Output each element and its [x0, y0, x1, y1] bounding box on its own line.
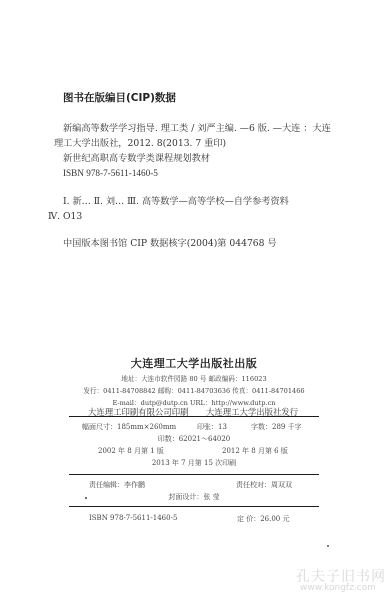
footer-isbn: ISBN 978-7-5611-1460-5: [89, 514, 177, 522]
speck: [85, 497, 87, 499]
cip-subjects-line2: Ⅳ. O13: [48, 209, 82, 224]
publisher-name: 大连理工大学出版社出版: [0, 355, 388, 371]
first-edition: 2002 年 8 月第 1 版: [98, 446, 164, 456]
cip-series: 新世纪高职高专数学类课程规划教材: [63, 151, 210, 166]
speck: [327, 545, 329, 547]
cover-designer: 封面设计：张 莹: [0, 492, 388, 502]
publisher-address: 地址：大连市软件园路 80 号 邮政编码：116023: [0, 373, 388, 383]
printing-count: 2013 年 7 月第 15 次印刷: [0, 458, 388, 468]
sixth-edition: 2012 年 8 月第 6 版: [222, 446, 288, 456]
price: 定 价：26.00 元: [237, 514, 290, 524]
publisher-phones: 发行：0411-84708842 邮购：0411-84703636 传真：041…: [0, 385, 388, 395]
word-count: 字数：289 千字: [251, 422, 302, 432]
cip-entry-line1: 新编高等数学学习指导. 理工类 / 刘严主编. —6 版. —大连 ：大连: [63, 121, 331, 136]
publisher-web: E-mail：dutp@dutp.cn URL：http://www.dutp.…: [0, 397, 388, 407]
format-size: 幅面尺寸：185mm×260mm: [82, 422, 176, 432]
responsible-editor: 责任编辑：李作鹏: [89, 480, 145, 490]
sheets: 印张：13: [197, 422, 227, 432]
divider-1: [69, 416, 319, 417]
cip-heading: 图书在版编目(CIP)数据: [63, 90, 176, 105]
cip-entry-line2: 理工大学出版社，2012. 8(2013. 7 重印): [54, 136, 226, 151]
print-run: 印数：62021～64020: [0, 434, 388, 444]
cip-library-note: 中国版本图书馆 CIP 数据核字(2004)第 044768 号: [63, 236, 277, 251]
divider-2: [69, 474, 319, 475]
watermark-url: www.kongfz.com: [300, 583, 376, 593]
responsible-proofreader: 责任校对：周双双: [236, 480, 292, 490]
divider-3: [69, 506, 319, 507]
cip-isbn: ISBN 978-7-5611-1460-5: [63, 166, 158, 181]
cip-subjects-line1: Ⅰ. 新… Ⅱ. 刘… Ⅲ. 高等数学—高等学校—自学参考资料: [63, 194, 289, 209]
